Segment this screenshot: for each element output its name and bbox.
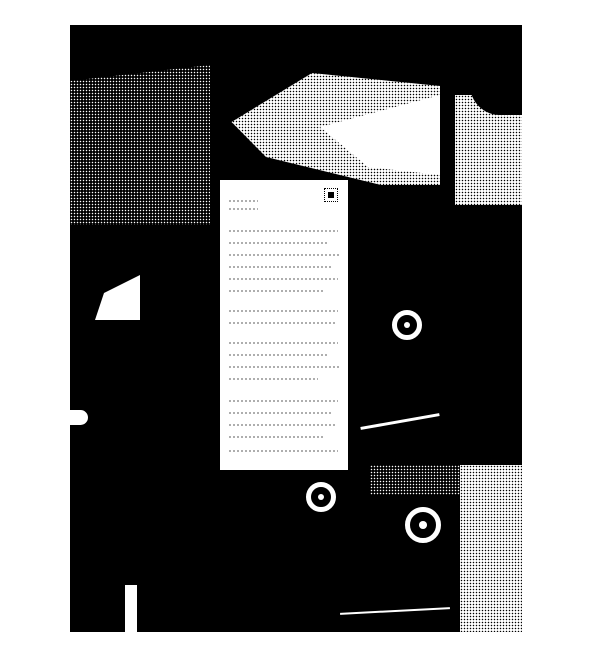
screw-lower-left — [306, 482, 336, 512]
cable — [440, 25, 454, 195]
screw-upper — [392, 310, 422, 340]
top-left-surface — [70, 65, 210, 225]
device-photo — [70, 25, 522, 632]
bottom-left-highlight — [125, 585, 137, 632]
right-dark-object — [470, 25, 522, 115]
device-label — [220, 180, 348, 470]
edge-highlight-3 — [340, 607, 450, 615]
edge-highlight-1 — [360, 413, 439, 430]
left-highlight — [95, 275, 140, 320]
logo-mark-icon — [324, 188, 338, 202]
left-edge-highlight — [70, 410, 88, 425]
bottom-right-surface — [460, 465, 522, 632]
screw-lower-right — [405, 507, 441, 543]
right-cable-area — [370, 465, 460, 495]
